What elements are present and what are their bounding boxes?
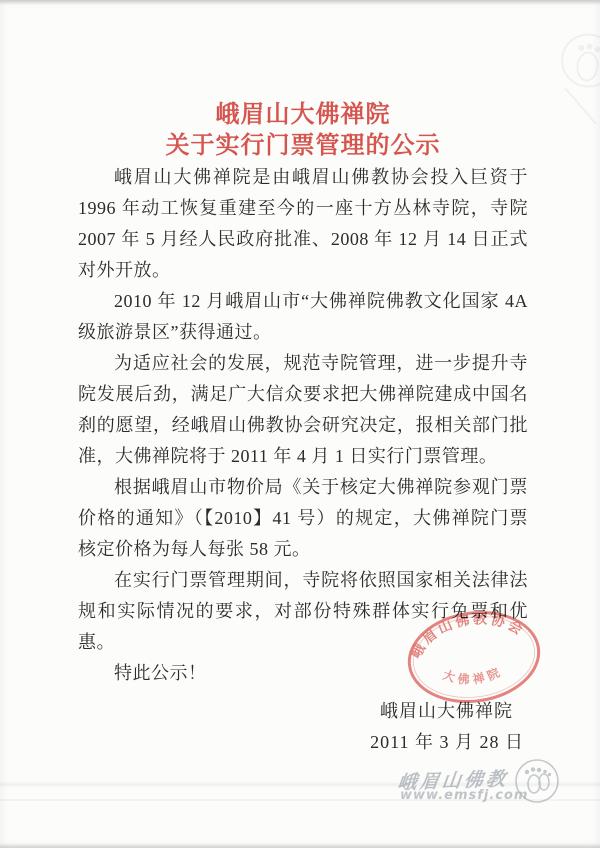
document-page: 峨眉山大佛禅院 关于实行门票管理的公示 峨眉山大佛禅院是由峨眉山佛教协会投入巨资…: [0, 0, 600, 848]
notice-paragraph: 在实行门票管理期间，寺院将依照国家相关法律法规和实际情况的要求，对部份特殊群体实…: [78, 565, 528, 658]
scan-edge-bottom: [0, 843, 600, 848]
notice-paragraph: 峨眉山大佛禅院是由峨眉山佛教协会投入巨资于 1996 年动工恢复重建至今的一座十…: [78, 162, 528, 286]
site-watermark: 峨眉山佛教 www.emsfj.com: [398, 762, 578, 822]
signature-name: 峨眉山大佛禅院: [78, 696, 528, 727]
signature-block: 峨眉山大佛禅院 2011 年 3 月 28 日: [78, 696, 528, 758]
notice-paragraphs: 峨眉山大佛禅院是由峨眉山佛教协会投入巨资于 1996 年动工恢复重建至今的一座十…: [78, 162, 528, 689]
notice-paragraph: 为适应社会的发展，规范寺院管理，进一步提升寺院发展后劲，满足广大信众要求把大佛禅…: [78, 348, 528, 472]
notice-title-line2: 关于实行门票管理的公示: [78, 131, 528, 162]
scan-artifact-line: [0, 783, 600, 786]
scan-artifact-line: [0, 799, 600, 801]
notice-title-line1: 峨眉山大佛禅院: [78, 100, 528, 131]
notice-paragraph: 根据峨眉山市物价局《关于核定大佛禅院参观门票价格的通知》（【2010】41 号）…: [78, 472, 528, 565]
notice-body: 峨眉山大佛禅院 关于实行门票管理的公示 峨眉山大佛禅院是由峨眉山佛教协会投入巨资…: [0, 0, 600, 758]
signature-date: 2011 年 3 月 28 日: [78, 727, 528, 758]
notice-paragraph: 2010 年 12 月峨眉山市“大佛禅院佛教文化国家 4A 级旅游景区”获得通过…: [78, 286, 528, 348]
notice-closing: 特此公示！: [78, 658, 528, 689]
